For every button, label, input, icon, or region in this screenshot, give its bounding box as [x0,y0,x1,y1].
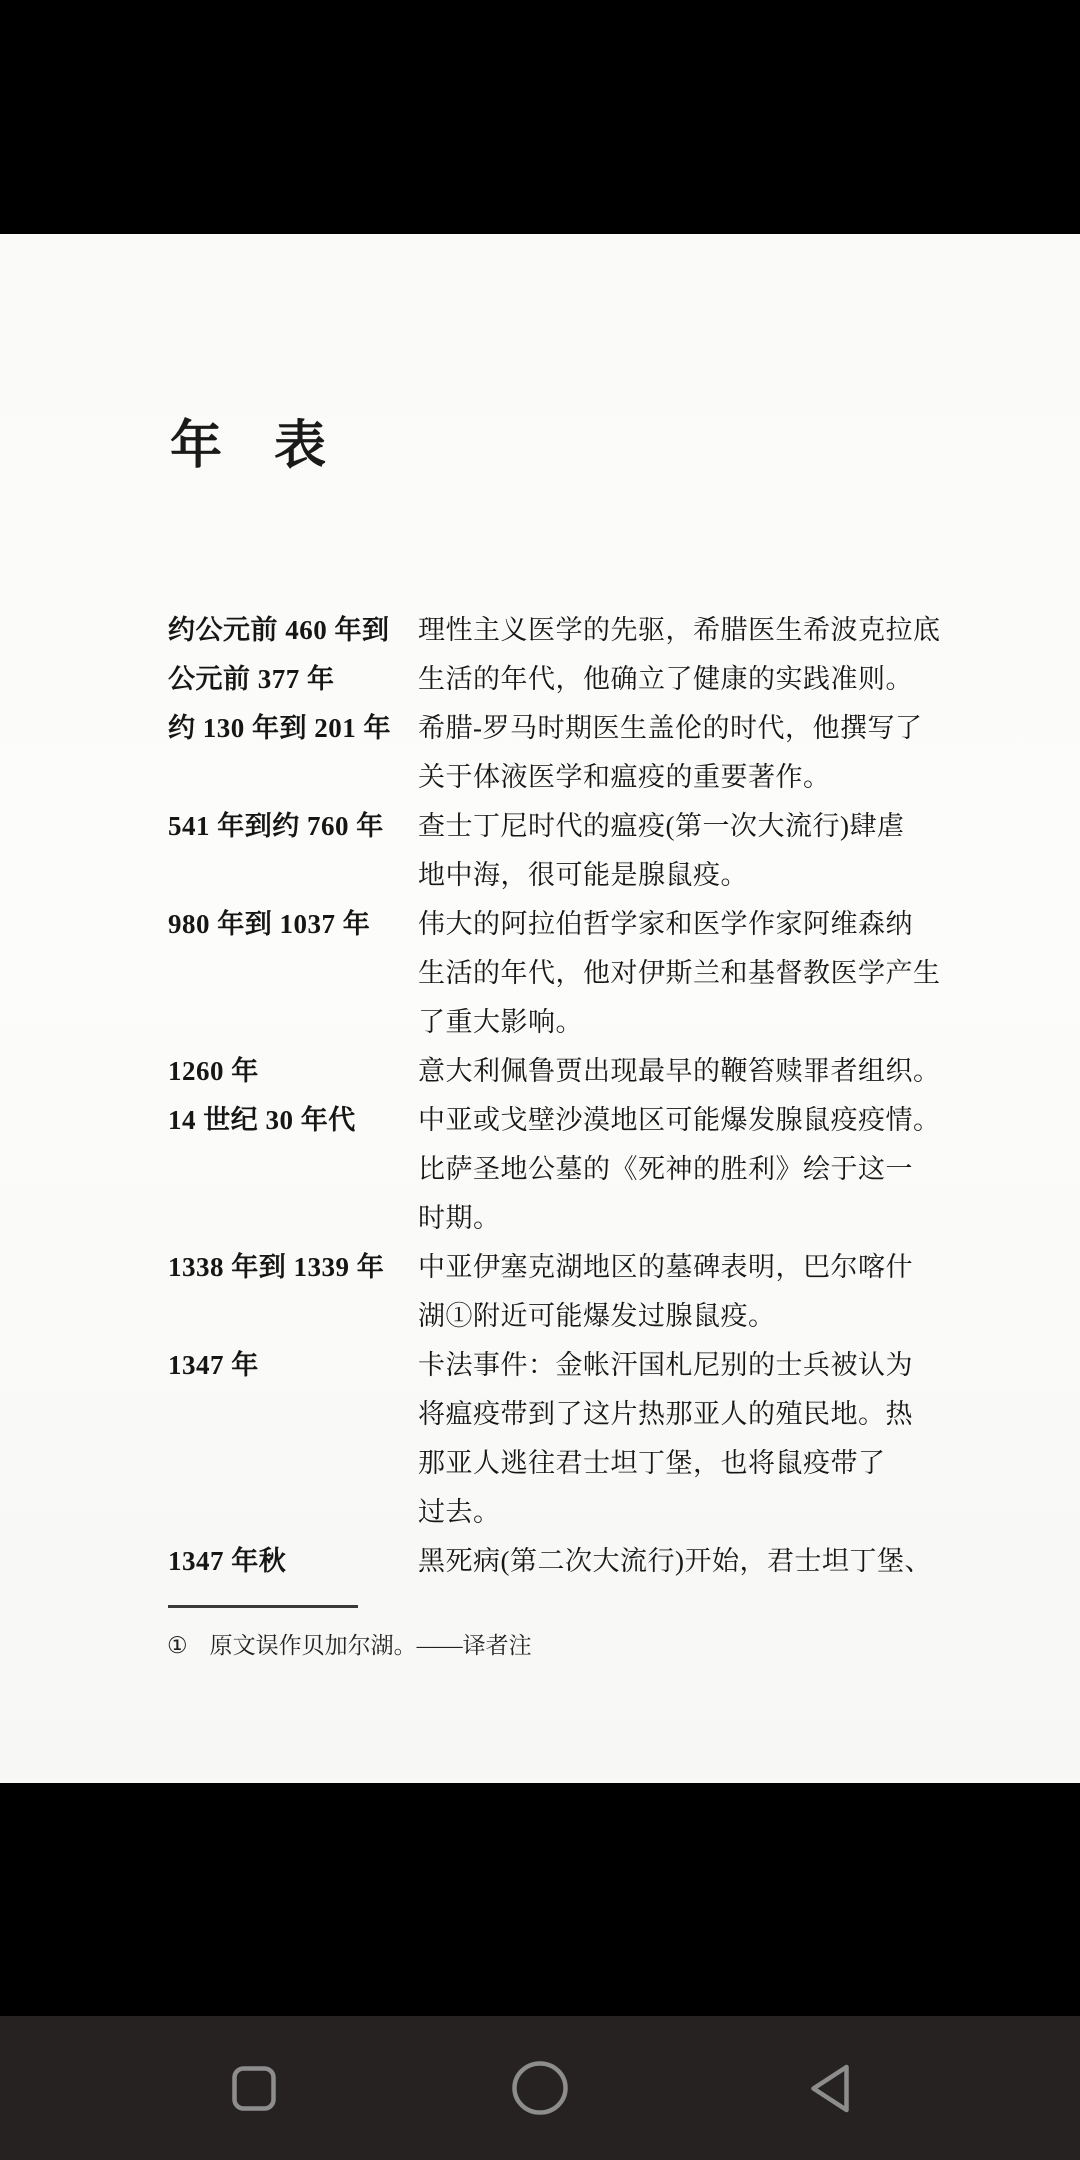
timeline-entry: 1260 年意大利佩鲁贾出现最早的鞭笞赎罪者组织。 [168,1047,958,1096]
text-line: 黑死病(第二次大流行)开始，君士坦丁堡、 [418,1537,958,1586]
page-title: 年 表 [170,421,326,473]
text-line: 生活的年代，他确立了健康的实践准则。 [418,655,958,704]
timeline-entry: 1347 年卡法事件：金帐汗国札尼别的士兵被认为将瘟疫带到了这片热那亚人的殖民地… [168,1341,958,1537]
entry-date: 1347 年秋 [168,1537,418,1586]
text-line: 比萨圣地公墓的《死神的胜利》绘于这一 [418,1145,958,1194]
text-line: 理性主义医学的先驱，希腊医生希波克拉底 [418,606,958,655]
text-line: 1347 年 [168,1341,418,1390]
text-line: 生活的年代，他对伊斯兰和基督教医学产生 [418,949,958,998]
text-line: 约公元前 460 年到 [168,606,418,655]
text-line: 关于体液医学和瘟疫的重要著作。 [418,753,958,802]
timeline-entry: 约公元前 460 年到公元前 377 年理性主义医学的先驱，希腊医生希波克拉底生… [168,606,958,704]
entry-description: 查士丁尼时代的瘟疫(第一次大流行)肆虐地中海，很可能是腺鼠疫。 [418,802,958,900]
text-line: 1338 年到 1339 年 [168,1243,418,1292]
back-triangle-icon [806,2061,852,2116]
text-line: 过去。 [418,1488,958,1537]
entry-description: 卡法事件：金帐汗国札尼别的士兵被认为将瘟疫带到了这片热那亚人的殖民地。热那亚人逃… [418,1341,958,1537]
entry-description: 中亚伊塞克湖地区的墓碑表明，巴尔喀什湖①附近可能爆发过腺鼠疫。 [418,1243,958,1341]
text-line: 约 130 年到 201 年 [168,704,418,753]
footnote-divider [168,1605,358,1608]
text-line: 卡法事件：金帐汗国札尼别的士兵被认为 [418,1341,958,1390]
text-line: 那亚人逃往君士坦丁堡，也将鼠疫带了 [418,1439,958,1488]
entry-date: 约公元前 460 年到公元前 377 年 [168,606,418,704]
back-button[interactable] [764,2016,894,2160]
entry-date: 980 年到 1037 年 [168,900,418,949]
entry-description: 理性主义医学的先驱，希腊医生希波克拉底生活的年代，他确立了健康的实践准则。 [418,606,958,704]
entry-description: 中亚或戈壁沙漠地区可能爆发腺鼠疫疫情。比萨圣地公墓的《死神的胜利》绘于这一时期。 [418,1096,958,1243]
text-line: 中亚伊塞克湖地区的墓碑表明，巴尔喀什 [418,1243,958,1292]
recents-button[interactable] [189,2016,319,2160]
text-line: 湖①附近可能爆发过腺鼠疫。 [418,1292,958,1341]
timeline-entry: 541 年到约 760 年查士丁尼时代的瘟疫(第一次大流行)肆虐地中海，很可能是… [168,802,958,900]
timeline-entry: 980 年到 1037 年伟大的阿拉伯哲学家和医学作家阿维森纳生活的年代，他对伊… [168,900,958,1047]
entry-date: 14 世纪 30 年代 [168,1096,418,1145]
text-line: 了重大影响。 [418,998,958,1047]
text-line: 14 世纪 30 年代 [168,1096,418,1145]
entry-description: 黑死病(第二次大流行)开始，君士坦丁堡、 [418,1537,958,1586]
text-line: 541 年到约 760 年 [168,802,418,851]
android-nav-bar [0,2016,1080,2160]
text-line: 地中海，很可能是腺鼠疫。 [418,851,958,900]
timeline-entry: 1347 年秋黑死病(第二次大流行)开始，君士坦丁堡、 [168,1537,958,1586]
text-line: 希腊-罗马时期医生盖伦的时代，他撰写了 [418,704,958,753]
text-line: 查士丁尼时代的瘟疫(第一次大流行)肆虐 [418,802,958,851]
timeline-entry: 1338 年到 1339 年中亚伊塞克湖地区的墓碑表明，巴尔喀什湖①附近可能爆发… [168,1243,958,1341]
timeline-entry: 14 世纪 30 年代中亚或戈壁沙漠地区可能爆发腺鼠疫疫情。比萨圣地公墓的《死神… [168,1096,958,1243]
text-line: 意大利佩鲁贾出现最早的鞭笞赎罪者组织。 [418,1047,958,1096]
entry-date: 1347 年 [168,1341,418,1390]
entry-date: 541 年到约 760 年 [168,802,418,851]
timeline: 约公元前 460 年到公元前 377 年理性主义医学的先驱，希腊医生希波克拉底生… [168,606,958,1586]
footnote-marker: ① [167,1633,188,1658]
text-line: 980 年到 1037 年 [168,900,418,949]
home-button[interactable] [475,2016,605,2160]
text-line: 1260 年 [168,1047,418,1096]
entry-date: 约 130 年到 201 年 [168,704,418,753]
text-line: 公元前 377 年 [168,655,418,704]
text-line: 伟大的阿拉伯哲学家和医学作家阿维森纳 [418,900,958,949]
text-line: 时期。 [418,1194,958,1243]
recents-square-icon [232,2066,276,2111]
footnote: ①原文误作贝加尔湖。——译者注 [167,1630,532,1662]
text-line: 1347 年秋 [168,1537,418,1586]
entry-description: 伟大的阿拉伯哲学家和医学作家阿维森纳生活的年代，他对伊斯兰和基督教医学产生了重大… [418,900,958,1047]
entry-description: 意大利佩鲁贾出现最早的鞭笞赎罪者组织。 [418,1047,958,1096]
book-page[interactable]: 年 表 约公元前 460 年到公元前 377 年理性主义医学的先驱，希腊医生希波… [0,234,1080,1783]
entry-description: 希腊-罗马时期医生盖伦的时代，他撰写了关于体液医学和瘟疫的重要著作。 [418,704,958,802]
text-line: 中亚或戈壁沙漠地区可能爆发腺鼠疫疫情。 [418,1096,958,1145]
phone-screen: 年 表 约公元前 460 年到公元前 377 年理性主义医学的先驱，希腊医生希波… [0,0,1080,2160]
entry-date: 1260 年 [168,1047,418,1096]
text-line: 将瘟疫带到了这片热那亚人的殖民地。热 [418,1390,958,1439]
timeline-entry: 约 130 年到 201 年希腊-罗马时期医生盖伦的时代，他撰写了关于体液医学和… [168,704,958,802]
footnote-text: 原文误作贝加尔湖。——译者注 [210,1633,532,1658]
home-circle-icon [512,2061,568,2115]
entry-date: 1338 年到 1339 年 [168,1243,418,1292]
